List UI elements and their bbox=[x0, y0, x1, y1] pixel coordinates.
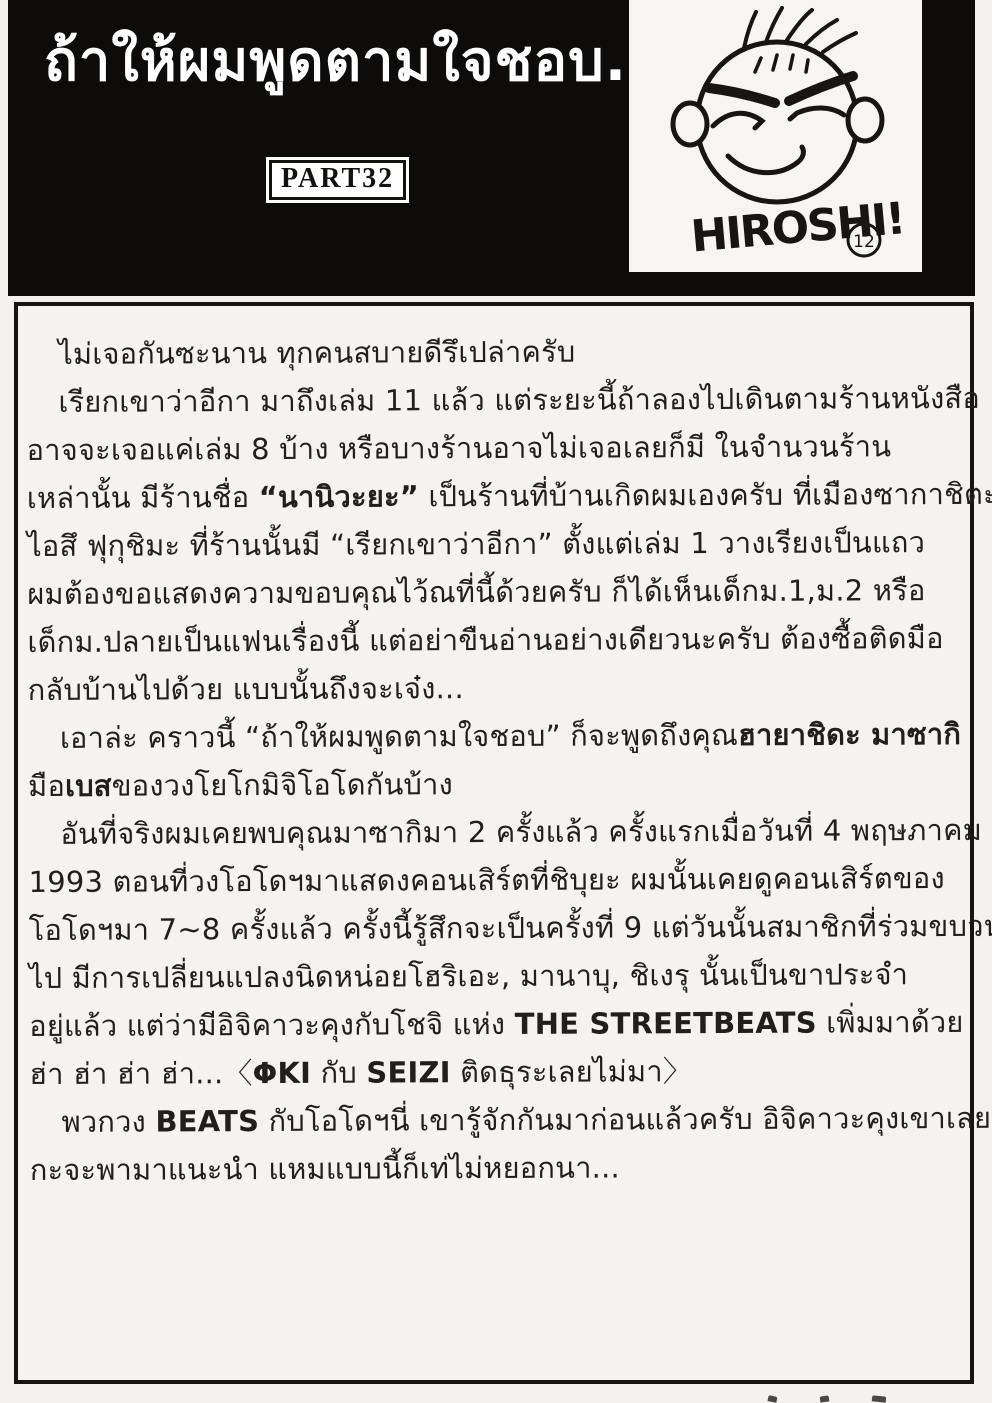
text-segment: กับ bbox=[311, 1056, 366, 1090]
text-segment: ไอสึ ฟุกุชิมะ ที่ร้านนั้นมี “เรียกเขาว่า… bbox=[27, 525, 925, 563]
text-segment: อยู่แล้ว แต่ว่ามีอิจิคาวะคุงกับโชจิ แห่ง bbox=[29, 1007, 515, 1043]
text-line: ไป มีการเปลี่ยนแปลงนิดหน่อยโฮริเอะ, มานา… bbox=[29, 950, 965, 1002]
text-segment: เรียกเขาว่าอีกา มาถึงเล่ม 11 แล้ว แต่ระย… bbox=[58, 381, 980, 419]
text-segment: กะจะพามาแนะนำ แหมแบบนี้ก็เท่ไม่หยอกนา... bbox=[30, 1150, 620, 1187]
text-line: พวกวง BEATS กับโอโดฯนี่ เขารู้จักกันมาก่… bbox=[29, 1094, 965, 1146]
text-line: กลับบ้านไปด้วย แบบนั้นถึงจะเจ๋ง... bbox=[28, 662, 964, 714]
text-segment: ติดธุระเลยไม่มา〉 bbox=[451, 1054, 692, 1089]
stray-ink-marks bbox=[768, 1394, 928, 1402]
text-segment: เอาล่ะ คราวนี้ “ถ้าให้ผมพูดตามใจชอบ” ก็จ… bbox=[60, 718, 738, 755]
text-segment: ไป มีการเปลี่ยนแปลงนิดหน่อยโฮริเอะ, มานา… bbox=[29, 957, 908, 995]
text-segment: ของวงโยโกมิจิโอโดกันบ้าง bbox=[112, 767, 453, 802]
text-line: ผมต้องขอแสดงความขอบคุณไว้ณที่นี้ด้วยครับ… bbox=[27, 566, 963, 618]
face-doodle-icon: HIROSHI! 12 bbox=[629, 0, 922, 272]
text-line: เด็กม.ปลายเป็นแฟนเรื่องนี้ แต่อย่าขืนอ่า… bbox=[27, 614, 963, 666]
text-line: เรียกเขาว่าอีกา มาถึงเล่ม 11 แล้ว แต่ระย… bbox=[26, 374, 962, 426]
text-segment: กลับบ้านไปด้วย แบบนั้นถึงจะเจ๋ง... bbox=[28, 671, 464, 707]
text-segment: เหล่านั้น มีร้านชื่อ bbox=[27, 480, 259, 515]
text-line: กะจะพามาแนะนำ แหมแบบนี้ก็เท่ไม่หยอกนา... bbox=[30, 1142, 966, 1194]
text-segment: ผมต้องขอแสดงความขอบคุณไว้ณที่นี้ด้วยครับ… bbox=[27, 573, 925, 611]
text-line: อันที่จริงผมเคยพบคุณมาซากิมา 2 ครั้งแล้ว… bbox=[28, 806, 964, 858]
text-line: ไอสึ ฟุกุชิมะ ที่ร้านนั้นมี “เรียกเขาว่า… bbox=[27, 518, 963, 570]
emphasized-text: ฮายาชิดะ มาซากิ bbox=[738, 717, 961, 752]
text-segment: พวกวง bbox=[62, 1104, 156, 1138]
text-segment: โอโดฯมา 7~8 ครั้งแล้ว ครั้งนี้รู้สึกจะเป… bbox=[29, 909, 992, 947]
text-segment: 1993 ตอนที่วงโอโดฯมาแสดงคอนเสิร์ตที่ชิบุ… bbox=[28, 861, 944, 899]
text-segment: ไม่เจอกันซะนาน ทุกคนสบายดีรึเปล่าครับ bbox=[58, 335, 575, 371]
text-line: มือเบสของวงโยโกมิจิโอโดกันบ้าง bbox=[28, 758, 964, 810]
body-text: ไม่เจอกันซะนาน ทุกคนสบายดีรึเปล่าครับเรี… bbox=[26, 326, 966, 1194]
emphasized-text: THE STREETBEATS bbox=[515, 1006, 817, 1041]
signature-number-badge: 12 bbox=[853, 232, 875, 252]
text-segment: เป็นร้านที่บ้านเกิดผมเองครับ ที่เมืองซาก… bbox=[419, 477, 992, 514]
text-line: ไม่เจอกันซะนาน ทุกคนสบายดีรึเปล่าครับ bbox=[26, 326, 962, 378]
emphasized-text: SEIZI bbox=[366, 1055, 450, 1089]
part-badge: PART32 bbox=[266, 157, 409, 203]
text-segment: อาจจะเจอแค่เล่ม 8 บ้าง หรือบางร้านอาจไม่… bbox=[27, 429, 892, 467]
part-badge-label: PART32 bbox=[269, 160, 406, 200]
text-segment: กับโอโดฯนี่ เขารู้จักกันมาก่อนแล้วครับ อ… bbox=[259, 1101, 991, 1138]
text-line: เหล่านั้น มีร้านชื่อ “นานิวะยะ” เป็นร้าน… bbox=[27, 470, 963, 522]
emphasized-text: เบส bbox=[65, 769, 112, 803]
text-segment: ฮ่า ฮ่า ฮ่า ฮ่า...〈 bbox=[29, 1056, 252, 1091]
text-segment: อันที่จริงผมเคยพบคุณมาซากิมา 2 ครั้งแล้ว… bbox=[60, 813, 982, 851]
text-line: อาจจะเจอแค่เล่ม 8 บ้าง หรือบางร้านอาจไม่… bbox=[27, 422, 963, 474]
text-line: อยู่แล้ว แต่ว่ามีอิจิคาวะคุงกับโชจิ แห่ง… bbox=[29, 998, 965, 1050]
page-title: ถ้าให้ผมพูดตามใจชอบ... bbox=[44, 26, 644, 99]
text-line: 1993 ตอนที่วงโอโดฯมาแสดงคอนเสิร์ตที่ชิบุ… bbox=[28, 854, 964, 906]
text-segment: เพิ่มมาด้วย bbox=[817, 1005, 964, 1040]
text-segment: มือ bbox=[28, 769, 65, 803]
text-line: โอโดฯมา 7~8 ครั้งแล้ว ครั้งนี้รู้สึกจะเป… bbox=[29, 902, 965, 954]
emphasized-text: ΦKI bbox=[253, 1056, 312, 1090]
emphasized-text: “นานิวะยะ” bbox=[259, 479, 419, 514]
portrait-panel: HIROSHI! 12 bbox=[629, 0, 922, 272]
text-segment: เด็กม.ปลายเป็นแฟนเรื่องนี้ แต่อย่าขืนอ่า… bbox=[27, 621, 943, 659]
emphasized-text: BEATS bbox=[155, 1104, 259, 1138]
text-line: ฮ่า ฮ่า ฮ่า ฮ่า...〈ΦKI กับ SEIZI ติดธุระ… bbox=[29, 1046, 965, 1098]
page: { "page": { "bg_color": "#f3f2ed", "ink_… bbox=[0, 0, 992, 1403]
text-line: เอาล่ะ คราวนี้ “ถ้าให้ผมพูดตามใจชอบ” ก็จ… bbox=[28, 710, 964, 762]
body-panel: ไม่เจอกันซะนาน ทุกคนสบายดีรึเปล่าครับเรี… bbox=[14, 302, 974, 1384]
